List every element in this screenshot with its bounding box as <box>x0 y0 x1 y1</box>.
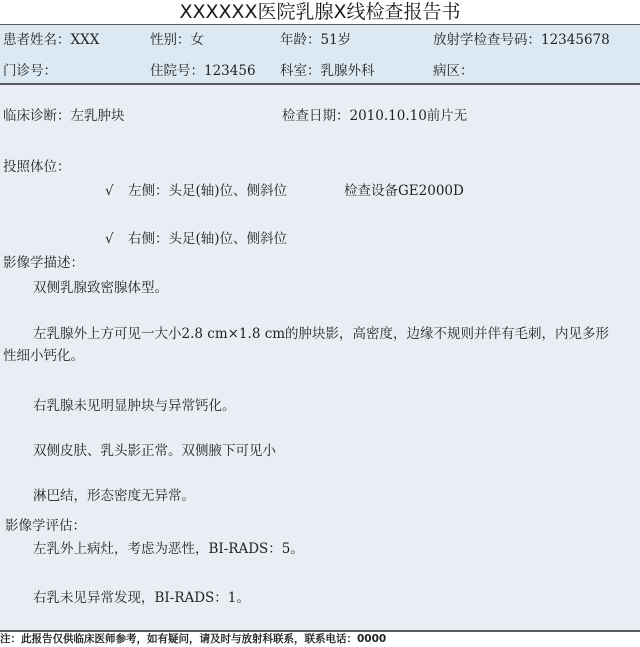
footer-note: 注：此报告仅供临床医师参考，如有疑问，请及时与放射科联系，联系电话：0000 <box>0 632 640 647</box>
assessment-item: 左乳外上病灶，考虑为恶性，BI-RADS：5。 <box>33 540 304 558</box>
description-paragraph: 双侧乳腺致密腺体型。 <box>33 279 168 297</box>
report-title: XXXXXX医院乳腺X线检查报告书 <box>0 0 640 24</box>
check-mark-icon: √ <box>105 182 114 200</box>
description-paragraph: 双侧皮肤、乳头影正常。双侧腋下可见小 <box>33 442 276 460</box>
patient-name-field: 患者姓名：XXX <box>3 31 99 49</box>
description-paragraph: 左乳腺外上方可见一大小2.8 cm×1.8 cm的肿块影，高密度，边缘不规则并伴… <box>33 325 609 343</box>
patient-info-header: 患者姓名：XXX 性别：女 年龄：51岁 放射学检查号码：12345678 门诊… <box>0 25 640 83</box>
description-paragraph: 性细小钙化。 <box>3 347 84 365</box>
department-field: 科室：乳腺外科 <box>280 62 375 80</box>
inpatient-number-field: 住院号：123456 <box>150 62 256 80</box>
imaging-assessment-label: 影像学评估： <box>5 517 86 535</box>
description-paragraph: 右乳腺未见明显肿块与异常钙化。 <box>33 397 236 415</box>
clinical-diagnosis: 临床诊断：左乳肿块 <box>3 107 125 125</box>
check-mark-icon: √ <box>105 230 114 248</box>
ward-field: 病区： <box>433 62 474 80</box>
description-paragraph: 淋巴结，形态密度无异常。 <box>33 487 195 505</box>
projection-label: 投照体位： <box>3 158 71 176</box>
radiology-number-field: 放射学检查号码：12345678 <box>433 31 610 49</box>
report-body: 临床诊断：左乳肿块 检查日期：2010.10.10前片无 投照体位： √ 左侧：… <box>0 85 640 630</box>
imaging-description-label: 影像学描述： <box>3 254 84 272</box>
left-side-projection: 左侧：头足(轴)位、侧斜位 <box>128 182 287 200</box>
right-side-projection: 右侧：头足(轴)位、侧斜位 <box>128 230 287 248</box>
assessment-item: 右乳未见异常发现，BI-RADS：1。 <box>33 589 250 607</box>
exam-date: 检查日期：2010.10.10前片无 <box>282 107 467 125</box>
exam-equipment: 检查设备GE2000D <box>344 182 464 200</box>
outpatient-number-field: 门诊号： <box>3 62 57 80</box>
age-field: 年龄：51岁 <box>280 31 351 49</box>
gender-field: 性别：女 <box>150 31 204 49</box>
